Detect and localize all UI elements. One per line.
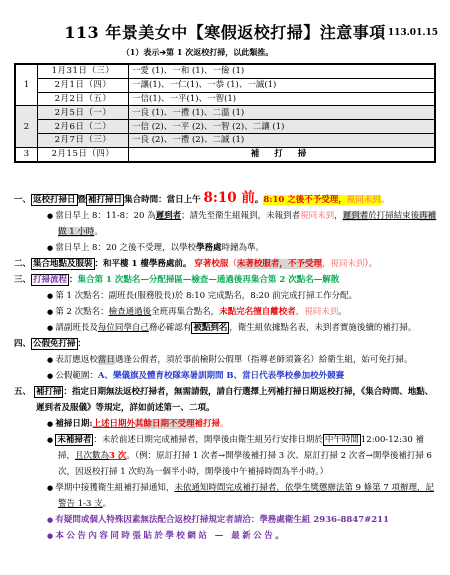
text-segment: 補打掃: [195, 419, 221, 429]
date-cell: 2月7日（三）: [38, 133, 129, 147]
text-segment: 8:10 前: [204, 190, 255, 206]
section-3-bullet-3: 請副班長及每位同學自己務必確認有被點到名，衛生組依據點名表，未到者實施後續的補打…: [14, 320, 440, 336]
section-4-bullet-1: 表訂應返校當日遇逢公假者，須於事前檢附公假單（指導老師須簽名）給衛生組，始可免打…: [14, 352, 440, 368]
text-segment: 。: [94, 227, 103, 237]
text-segment: 視同未到: [347, 195, 381, 205]
text-segment: 表訂應返校: [55, 355, 98, 365]
text-segment: 視同未到: [330, 259, 364, 269]
table-row: 2月6日（二）一信 (2)、一平 (2)、一智 (2)、二讓 (1): [15, 120, 435, 134]
group-number-cell: 3: [15, 147, 38, 161]
classes-cell: 一愛 (1)、一和 (1)、一儉 (1): [129, 64, 436, 78]
section-3-heading: 三、打掃流程：集合第 1 次點名—分配掃區—檢查—通過後再集合第 2 次點名—解…: [14, 272, 440, 288]
text-segment: 於打掃結束後: [368, 211, 419, 221]
classes-cell: 一讓(1)、一仁(1)、一恭 (1)、一誠(1): [129, 78, 436, 92]
text-segment: ：: [78, 339, 87, 349]
table-row: 32月15日（四）補 打 掃: [15, 147, 435, 161]
group-number-cell: 1: [15, 64, 38, 106]
text-segment: ；請先至衛生組報到，未報到者: [181, 211, 300, 221]
text-segment: 當日: [98, 355, 115, 365]
section-1-bullet-2: 當日早上 8：20 之後不受理，以學校學務處時鐘為準。: [14, 240, 440, 256]
text-segment: A、樂儀旗及體育校隊寒暑訓期間 B、當日代表學校參加校外競賽: [98, 371, 344, 381]
text-segment: 集合時間：當日上午: [124, 195, 203, 205]
text-segment: 一、: [14, 195, 31, 205]
section-3-bullet-1: 第 1 次點名：副班長(服務股長)於 8:10 完成點名，8:20 前完成打掃工…: [14, 288, 440, 304]
section-5-bullet-2: 未補掃者：未於前述日期完成補掃者，開學後由衛生組另行安排日期於中午時間12:00…: [14, 432, 440, 480]
section-2-heading: 二、集合地點及服裝：和平樓 1 樓學務處前。 穿著校服（未著校服者，不予受理，視…: [14, 256, 440, 272]
text-segment: 遲到者: [343, 211, 369, 221]
text-segment: 二、: [14, 259, 31, 269]
group-number-cell: 2: [15, 106, 38, 147]
text-segment: ）。: [364, 259, 377, 269]
text-segment: 有疑問或個人特殊因素無法配合返校打掃規定者請洽：學務處衛生組 2936-8847…: [55, 515, 389, 525]
text-segment: 公假範圍：: [55, 371, 98, 381]
classes-cell: 一信(1)、一平(1)、一智(1): [129, 92, 436, 106]
table-row: 11月31日（三）一愛 (1)、一和 (1)、一儉 (1): [15, 64, 435, 78]
text-segment: 集合第 1 次點名—分配掃區—檢查—通過後再集合第 2 次點名—解散: [78, 275, 340, 285]
date-cell: 2月5日（一）: [38, 106, 129, 120]
date-cell: 2月1日（四）: [38, 78, 129, 92]
text-segment: 。: [338, 307, 347, 317]
text-segment: 四、: [14, 339, 31, 349]
table-row: 2月7日（三）一良 (2)、一禮 (2)、二誠 (1): [15, 133, 435, 147]
text-segment: 視同未到: [304, 307, 338, 317]
text-segment: 被點到名: [191, 322, 229, 334]
text-segment: （: [228, 259, 237, 269]
text-segment: 3 次: [109, 451, 126, 461]
text-segment: 集合地點及服裝: [31, 258, 95, 270]
text-segment: 全班再集合點名，: [151, 307, 219, 317]
text-segment: 遲到者: [156, 211, 182, 221]
text-segment: 補掃日期:: [55, 419, 92, 429]
text-segment: 且次數為: [75, 451, 109, 461]
text-segment: 五、: [14, 387, 34, 397]
section-5-heading: 五、 補打掃：指定日期無法返校打掃者，無需請假，請自行選擇上列補打掃日期返校打掃…: [14, 384, 440, 416]
date-cell: 2月2日（五）: [38, 92, 129, 106]
section-1-heading: 一、返校打掃日暨補打掃日集合時間：當日上午 8:10 前。8:10 之後不予受理…: [14, 190, 440, 208]
text-segment: 8:10 之後不予受理，: [263, 195, 346, 205]
text-segment: 學期中接獲衛生組補打掃通知，: [55, 483, 174, 493]
text-segment: 視同未到: [300, 211, 334, 221]
legend-note: （1）表示➔第 1 次返校打掃，以此類推。: [0, 47, 450, 58]
date-cell: 2月15日（四）: [38, 147, 129, 161]
table-row: 2月1日（四）一讓(1)、一仁(1)、一恭 (1)、一誠(1): [15, 78, 435, 92]
text-segment: 務必確認有: [149, 323, 192, 333]
text-segment: 。: [220, 419, 229, 429]
section-3-bullet-2: 第 2 次點名：檢查通過後全班再集合點名，未點完名擅自離校者，視同未到。: [14, 304, 440, 320]
text-segment: 每位同學自己: [98, 323, 149, 333]
date-cell: 1月31日（三）: [38, 64, 129, 78]
classes-cell: 一良 (2)、一禮 (2)、二誠 (1): [129, 133, 436, 147]
text-segment: 第 2 次點名：: [55, 307, 108, 317]
text-segment: 當日早上 8：11-8：20 為: [55, 211, 155, 221]
text-segment: ：: [69, 275, 78, 285]
text-segment: 返校打掃日: [31, 194, 78, 206]
footer-contact: 有疑問或個人特殊因素無法配合返校打掃規定者請洽：學務處衛生組 2936-8847…: [14, 512, 440, 528]
text-segment: 暨: [78, 195, 87, 205]
section-1-bullet-1: 當日早上 8：11-8：20 為遲到者；請先至衛生組報到，未報到者視同未到，遲到…: [14, 208, 440, 240]
text-segment: 三、: [14, 275, 31, 285]
schedule-table: 11月31日（三）一愛 (1)、一和 (1)、一儉 (1)2月1日（四）一讓(1…: [14, 63, 436, 163]
text-segment: 時鐘為準。: [222, 243, 265, 253]
text-segment: 第 1 次點名：副班長(服務股長)於 8:10 完成點名，8:20 前完成打掃工…: [55, 291, 357, 301]
text-segment: 。: [381, 195, 390, 205]
text-segment: 打掃流程: [31, 274, 69, 286]
text-segment: 遇逢公假者，須於事前檢附公假單（指導老師須簽名）給衛生組，始可免打掃。: [115, 355, 413, 365]
text-segment: 未點完名擅自離校者: [219, 307, 296, 317]
text-segment: ，衛生組依據點名表，未到者實施後續的補打掃。: [229, 323, 416, 333]
text-segment: 本公告內容同時張貼於學校網站 — 最新公告。: [55, 531, 286, 541]
text-segment: 補打掃: [34, 386, 64, 398]
document-header: 113 年景美女中【寒假返校打掃】注意事項 113.01.15 （1）表示➔第 …: [0, 0, 450, 58]
text-segment: 穿著校服: [194, 259, 228, 269]
text-segment: 學務處: [196, 243, 222, 253]
page-title: 113 年景美女中【寒假返校打掃】注意事項: [0, 20, 450, 43]
text-segment: 。: [103, 499, 112, 509]
text-segment: 檢查通過後: [109, 307, 152, 317]
section-5-bullet-3: 學期中接獲衛生組補打掃通知，未依通知時間完成補打掃者，依學生獎懲辦法第 9 條第…: [14, 480, 440, 512]
table-row: 2月2日（五）一信(1)、一平(1)、一智(1): [15, 92, 435, 106]
text-segment: 當日早上 8：20 之後不受理，以學校: [55, 243, 196, 253]
text-segment: 未著校服者，不予受理: [237, 259, 322, 269]
text-segment: ，: [296, 307, 305, 317]
text-segment: ：指定日期無法返校打掃者，無需請假，請自行選擇上列補打掃日期返校打掃，《集合時間…: [36, 387, 433, 413]
text-segment: 公假免打掃: [31, 338, 78, 350]
text-segment: ：未於前述日期完成補掃者，開學後由衛生組另行安排日期於: [93, 435, 323, 445]
text-segment: 其餘日期不受理: [135, 419, 195, 429]
notice-body: 一、返校打掃日暨補打掃日集合時間：當日上午 8:10 前。8:10 之後不予受理…: [14, 190, 440, 544]
table-row: 22月5日（一）一良 (1)、一禮 (1)、二溫 (1): [15, 106, 435, 120]
classes-cell: 一良 (1)、一禮 (1)、二溫 (1): [129, 106, 436, 120]
text-segment: 未補掃者: [55, 434, 93, 446]
section-5-bullet-1: 補掃日期:上述日期外其餘日期不受理補打掃。: [14, 416, 440, 432]
section-4-bullet-2: 公假範圍：A、樂儀旗及體育校隊寒暑訓期間 B、當日代表學校參加校外競賽: [14, 368, 440, 384]
date-cell: 2月6日（二）: [38, 120, 129, 134]
text-segment: 請副班長及: [55, 323, 98, 333]
footer-website: 本公告內容同時張貼於學校網站 — 最新公告。: [14, 528, 440, 544]
text-segment: 上述日期外: [92, 419, 135, 429]
section-4-heading: 四、公假免打掃：: [14, 336, 440, 352]
text-segment: 補打掃日: [86, 194, 124, 206]
classes-cell: 一信 (2)、一平 (2)、一智 (2)、二讓 (1): [129, 120, 436, 134]
classes-cell: 補 打 掃: [129, 147, 436, 161]
document-date: 113.01.15: [388, 28, 438, 38]
schedule-table-body: 11月31日（三）一愛 (1)、一和 (1)、一儉 (1)2月1日（四）一讓(1…: [15, 64, 435, 162]
text-segment: ：和平樓 1 樓學務處前。: [95, 259, 195, 269]
text-segment: ，: [334, 211, 343, 221]
text-segment: 中午時間: [323, 434, 361, 446]
